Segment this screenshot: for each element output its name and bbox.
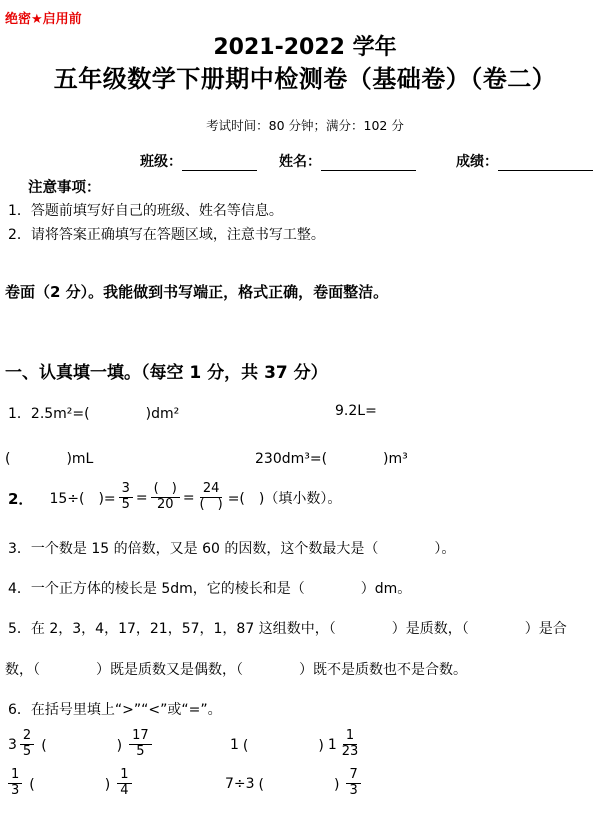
name-label: 姓名： [279, 151, 321, 171]
q6-comparison-4: 7÷3 ( ) 73 [225, 769, 364, 800]
fraction-2-5: 25 [20, 729, 34, 760]
notice-item-1: 1．答题前填写好自己的班级、姓名等信息。 [8, 200, 283, 220]
neatness-score-note: 卷面（2 分）。我能做到书写端正，格式正确，卷面整洁。 [5, 281, 388, 302]
exam-title: 五年级数学下册期中检测卷（基础卷）（卷二） [0, 59, 610, 94]
answer-blank[interactable]: ( ) [259, 774, 340, 794]
name-fill-line[interactable] [321, 155, 416, 171]
q1-unit-conversion-b-blank: ( )mL [5, 451, 93, 467]
q1-unit-conversion-c: 230dm³=( )m³ [255, 448, 408, 468]
q1-unit-conversion-a: 1．2.5m²=( )dm² [8, 406, 179, 422]
q2-fraction-3-5: 35 [119, 482, 133, 513]
q2-fraction-blank-20: ( )20 [151, 482, 180, 513]
q2-number: 2． [8, 488, 33, 509]
question-5-line-1: 5．在 2，3，4，17，21，57，1，87 这组数中，（ ）是质数，（ ）是… [8, 618, 567, 638]
fraction-7-3: 73 [346, 768, 360, 799]
mixed-number-whole: 1 [328, 737, 337, 753]
q6-comparison-1: 325 ( ) 175 [8, 730, 155, 761]
question-4: 4．一个正方体的棱长是 5dm，它的棱长和是（ ）dm。 [8, 578, 411, 598]
question-1-line-2: ( )mL 230dm³=( )m³ [5, 448, 605, 468]
q2-decimal-note: =( )（填小数）。 [228, 488, 342, 508]
q6-comparison-3: 13 ( ) 14 [5, 769, 135, 800]
answer-blank[interactable]: ( ) [41, 735, 122, 755]
exam-paper-page: 绝密★启用前 2021-2022 学年 五年级数学下册期中检测卷（基础卷）（卷二… [0, 0, 610, 819]
exam-time-score-info: 考试时间：80 分钟；满分：102 分 [0, 116, 610, 134]
mixed-number-whole: 3 [8, 737, 17, 753]
question-1-line-1: 1．2.5m²=( )dm² 9.2L= [8, 403, 602, 423]
question-3: 3．一个数是 15 的倍数，又是 60 的因数，这个数最大是（ ）。 [8, 538, 455, 558]
fraction-1-3: 13 [8, 768, 22, 799]
fraction-1-4: 14 [117, 768, 131, 799]
notice-item-2: 2．请将答案正确填写在答题区域，注意书写工整。 [8, 224, 325, 244]
fraction-17-5: 175 [129, 729, 152, 760]
question-2: 2． 15÷( )= 35 = ( )20 = 24( ) =( )（填小数）。 [8, 478, 341, 518]
score-label: 成绩： [456, 151, 498, 171]
student-info-row: 班级：姓名：成绩： [0, 151, 610, 171]
answer-blank[interactable]: ( ) [243, 735, 324, 755]
q1-unit-conversion-b-start: 9.2L= [335, 403, 377, 419]
security-notice: 绝密★启用前 [5, 8, 82, 27]
q6-comparison-2: 1 ( ) 1123 [230, 730, 363, 761]
q2-equals-1: = [136, 490, 148, 506]
exam-year-title: 2021-2022 学年 [0, 30, 610, 61]
section-1-heading: 一、认真填一填。（每空 1 分，共 37 分） [5, 358, 328, 383]
division-expression: 7÷3 [225, 776, 255, 792]
number-one: 1 [230, 737, 239, 753]
class-label: 班级： [140, 151, 182, 171]
notice-heading: 注意事项： [28, 176, 101, 197]
q2-fraction-24-blank: 24( ) [198, 482, 225, 513]
class-fill-line[interactable] [182, 155, 257, 171]
question-6-heading: 6．在括号里填上“>”“<”或“=”。 [8, 699, 222, 719]
answer-blank[interactable]: ( ) [29, 774, 110, 794]
question-5-line-2: 数，（ ）既是质数又是偶数，（ ）既不是质数也不是合数。 [5, 659, 467, 679]
q2-division-part: 15÷( )= [49, 488, 115, 508]
fraction-1-23: 123 [340, 729, 361, 760]
q2-equals-2: = [183, 490, 195, 506]
score-fill-line[interactable] [498, 155, 593, 171]
